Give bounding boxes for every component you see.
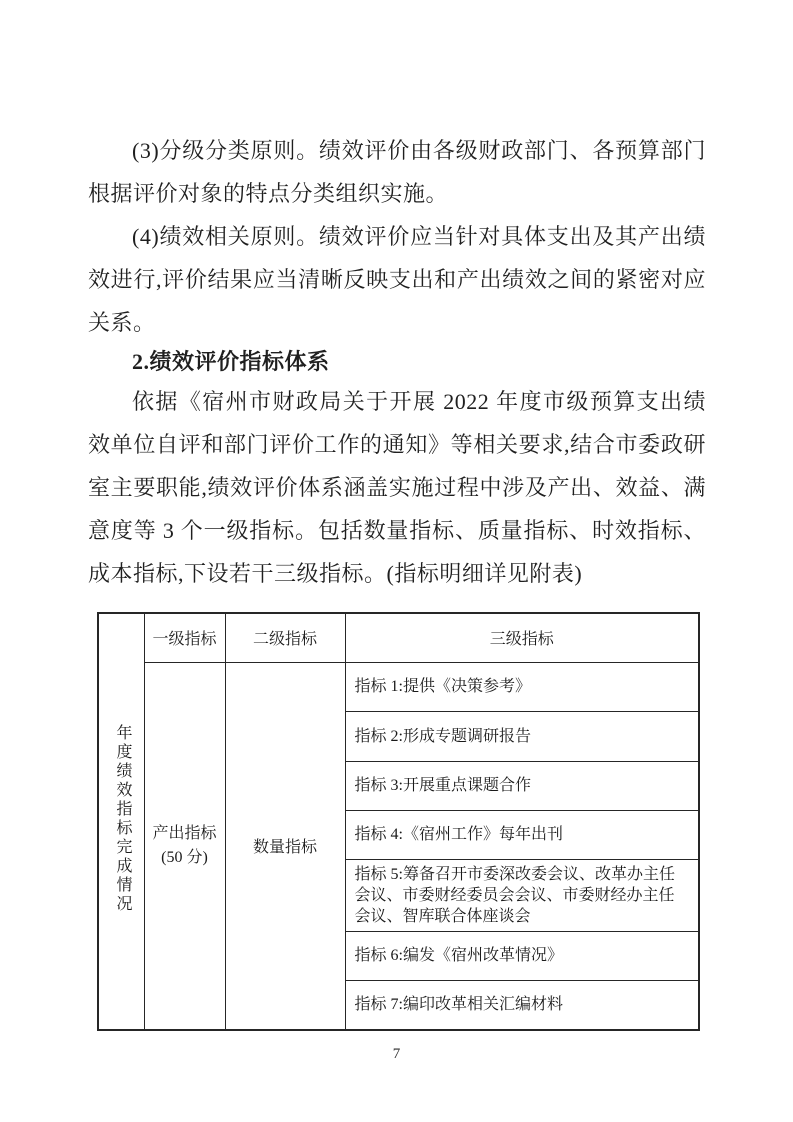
level3-indicator-1: 指标 1:提供《决策参考》: [345, 662, 699, 711]
paragraph-principle-3: (3)分级分类原则。绩效评价由各级财政部门、各预算部门根据评价对象的特点分类组织…: [88, 129, 706, 215]
column-header-level1: 一级指标: [144, 613, 225, 662]
level3-indicator-3: 指标 3:开展重点课题合作: [345, 761, 699, 810]
section-heading-indicator-system: 2.绩效评价指标体系: [88, 344, 706, 380]
page-number: 7: [0, 1046, 793, 1063]
level3-indicator-7: 指标 7:编印改革相关汇编材料: [345, 980, 699, 1030]
column-header-level3: 三级指标: [345, 613, 699, 662]
level1-indicator-cell: 产出指标 (50 分): [144, 662, 225, 1030]
level2-indicator-cell: 数量指标: [225, 662, 345, 1030]
level3-indicator-5: 指标 5:筹备召开市委深改委会议、改革办主任会议、市委财经委员会会议、市委财经办…: [345, 859, 699, 931]
level3-indicator-4: 指标 4:《宿州工作》每年出刊: [345, 810, 699, 859]
document-page: (3)分级分类原则。绩效评价由各级财政部门、各预算部门根据评价对象的特点分类组织…: [0, 0, 793, 1122]
indicator-table: 年度绩效指标完成情况 一级指标 二级指标 三级指标 产出指标 (50 分) 数量…: [97, 612, 700, 1031]
level3-indicator-6: 指标 6:编发《宿州改革情况》: [345, 931, 699, 980]
table-header-row: 年度绩效指标完成情况 一级指标 二级指标 三级指标: [98, 613, 699, 662]
page-content: (3)分级分类原则。绩效评价由各级财政部门、各预算部门根据评价对象的特点分类组织…: [88, 129, 706, 1031]
table-group-label-cell: 年度绩效指标完成情况: [98, 613, 144, 1030]
paragraph-indicator-system: 依据《宿州市财政局关于开展 2022 年度市级预算支出绩效单位自评和部门评价工作…: [88, 380, 706, 595]
table-group-label: 年度绩效指标完成情况: [99, 724, 145, 914]
table-row: 产出指标 (50 分) 数量指标 指标 1:提供《决策参考》: [98, 662, 699, 711]
column-header-level2: 二级指标: [225, 613, 345, 662]
paragraph-principle-4: (4)绩效相关原则。绩效评价应当针对具体支出及其产出绩效进行,评价结果应当清晰反…: [88, 215, 706, 344]
level3-indicator-2: 指标 2:形成专题调研报告: [345, 711, 699, 761]
